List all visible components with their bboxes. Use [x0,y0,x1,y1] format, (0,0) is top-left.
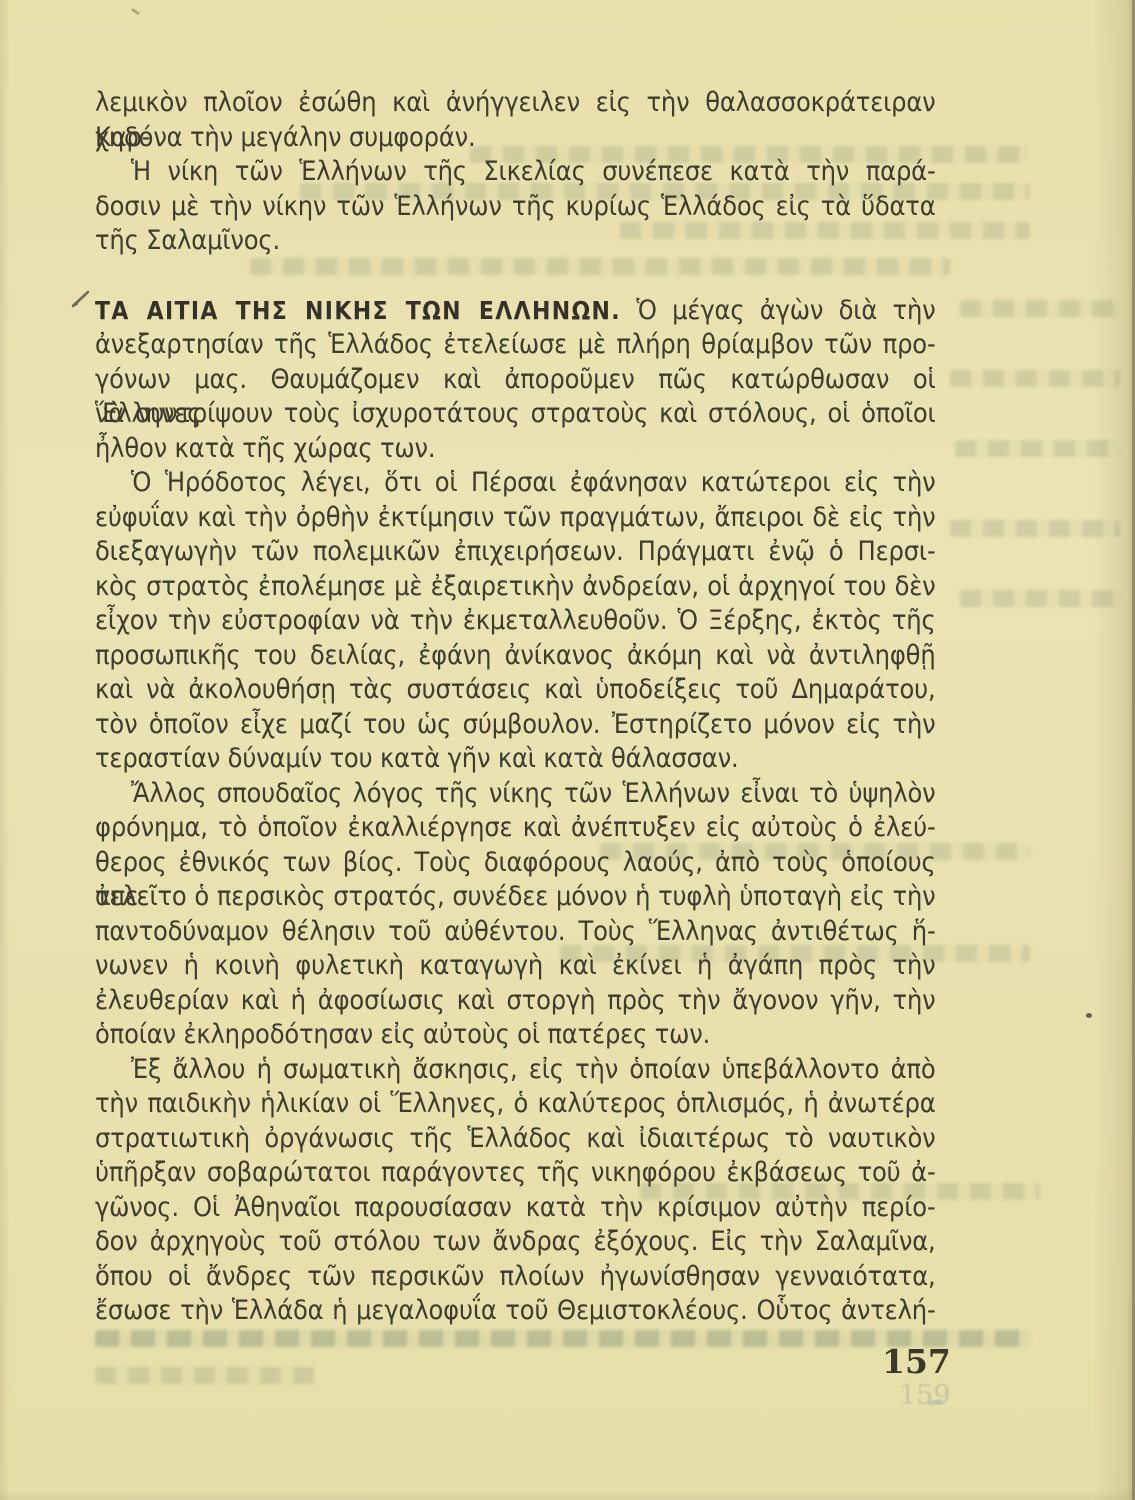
text-line: ἔσωσε τὴν Ἑλλάδα ἡ μεγαλοφυΐα τοῦ Θεμιστ… [95,1294,936,1329]
text-line: ὅπου οἱ ἄνδρες τῶν περσικῶν πλοίων ἠγωνί… [95,1260,936,1295]
text-line: νωνεν ἡ κοινὴ φυλετικὴ καταγωγὴ καὶ ἐκίν… [95,949,936,984]
text-line: καὶ νὰ ἀκολουθήσῃ τὰς συστάσεις καὶ ὑποδ… [95,673,936,708]
text-line: γόνων μας. Θαυμάζομεν καὶ ἀποροῦμεν πῶς … [95,363,936,398]
text-line: διεξαγωγὴν τῶν πολεμικῶν ἐπιχειρήσεων. Π… [95,535,936,570]
text-line: Ὁ Ἡρόδοτος λέγει, ὅτι οἱ Πέρσαι ἐφάνησαν… [95,466,936,501]
text-line: στρατιωτικὴ ὀργάνωσις τῆς Ἑλλάδος καὶ ἰδ… [95,1122,936,1157]
page-right-edge-shading [1093,0,1135,1500]
text-line: θερος ἐθνικός των βίος. Τοὺς διαφόρους λ… [95,846,936,881]
ink-speck [1086,1013,1092,1018]
text-line: τελεῖτο ὁ περσικὸς στρατός, συνέδεε μόνο… [95,880,936,915]
text-line: προσωπικῆς του δειλίας, ἐφάνη ἀνίκανος ἀ… [95,639,936,674]
bleedthrough-stripe [960,300,1120,317]
text-line: ἦλθον κατὰ τῆς χώρας των. [95,432,936,467]
scanned-book-page: λεμικὸν πλοῖον ἐσώθη καὶ ἀνήγγειλεν εἰς … [0,0,1135,1500]
bleedthrough-page-number: 159 [899,1380,951,1411]
text-line: Ἐξ ἄλλου ἡ σωματικὴ ἄσκησις, εἰς τὴν ὁπο… [95,1053,936,1088]
text-line: τεραστίαν δύναμίν του κατὰ γῆν καὶ κατὰ … [95,742,936,777]
paragraph-high-morale: Ἄλλος σπουδαῖος λόγος τῆς νίκης τῶν Ἑλλή… [95,777,936,1053]
text-line: τῆς Σαλαμῖνος. [95,224,936,259]
text-line: ἐλευθερίαν καὶ ἡ ἀφοσίωσις καὶ στοργὴ πρ… [95,984,936,1019]
text-line: τὸν ὁποῖον εἶχε μαζί του ὡς σύμβουλον. Ἐ… [95,708,936,743]
paragraph-herodotus: Ὁ Ἡρόδοτος λέγει, ὅτι οἱ Πέρσαι ἐφάνησαν… [95,466,936,777]
text-line: Ἄλλος σπουδαῖος λόγος τῆς νίκης τῶν Ἑλλή… [95,777,936,812]
bleedthrough-stripe [960,590,1120,607]
text-line: ὁποίαν ἐκληροδότησαν εἰς αὐτοὺς οἱ πατέρ… [95,1018,936,1053]
text-line: τὴν παιδικὴν ἡλικίαν οἱ Ἕλληνες, ὁ καλύτ… [95,1087,936,1122]
text-line: δον ἀρχηγοὺς τοῦ στόλου των ἄνδρας ἐξόχο… [95,1225,936,1260]
paper-fiber-speck [131,8,140,15]
paragraph-training-themistocles: Ἐξ ἄλλου ἡ σωματικὴ ἄσκησις, εἰς τὴν ὁπο… [95,1053,936,1329]
text-line: λεμικὸν πλοῖον ἐσώθη καὶ ἀνήγγειλεν εἰς … [95,86,936,121]
paragraph-continuation: λεμικὸν πλοῖον ἐσώθη καὶ ἀνήγγειλεν εἰς … [95,86,936,155]
text-line: δοσιν μὲ τὴν νίκην τῶν Ἑλλήνων τῆς κυρίω… [95,190,936,225]
bleedthrough-stripe [955,440,1120,457]
text-line: χηδόνα τὴν μεγάλην συμφοράν. [95,121,936,156]
text-line: ἀνεξαρτησίαν τῆς Ἑλλάδος ἐτελείωσε μὲ πλ… [95,328,936,363]
bleedthrough-stripe [950,520,1120,537]
bleedthrough-stripe [95,1367,315,1384]
page-left-edge-shading [0,0,10,1500]
section-causes-of-greek-victory: ΤΑ ΑΙΤΙΑ ΤΗΣ ΝΙΚΗΣ ΤΩΝ ΕΛΛΗΝΩΝ. Ὁ μέγας … [95,294,936,467]
page-bottom-edge-shading [0,1490,1135,1500]
text-line: Ἡ νίκη τῶν Ἑλλήνων τῆς Σικελίας συνέπεσε… [95,155,936,190]
page-text-block: λεμικὸν πλοῖον ἐσώθη καὶ ἀνήγγειλεν εἰς … [95,86,936,1329]
margin-checkmark-icon [70,288,94,310]
text-line: νὰ συντρίψουν τοὺς ἰσχυροτάτους στρατοὺς… [95,397,936,432]
text-line: εὐφυΐαν καὶ τὴν ὀρθὴν ἐκτίμησιν τῶν πραγ… [95,501,936,536]
section-heading: ΤΑ ΑΙΤΙΑ ΤΗΣ ΝΙΚΗΣ ΤΩΝ ΕΛΛΗΝΩΝ. [95,296,621,325]
text-line: κὸς στρατὸς ἐπολέμησε μὲ ἐξαιρετικὴν ἀνδ… [95,570,936,605]
text-line: εἶχον τὴν εὐστροφίαν νὰ τὴν ἐκμεταλλευθο… [95,604,936,639]
text-line: φρόνημα, τὸ ὁποῖον ἐκαλλιέργησε καὶ ἀνέπ… [95,811,936,846]
text-line: γῶνος. Οἱ Ἀθηναῖοι παρουσίασαν κατὰ τὴν … [95,1191,936,1226]
bleedthrough-stripe [950,370,1120,387]
page-number: 157 [882,1342,951,1381]
paragraph-sicily-victory: Ἡ νίκη τῶν Ἑλλήνων τῆς Σικελίας συνέπεσε… [95,155,936,259]
text-line: ὑπῆρξαν σοβαρώτατοι παράγοντες τῆς νικηφ… [95,1156,936,1191]
text-line: ΤΑ ΑΙΤΙΑ ΤΗΣ ΝΙΚΗΣ ΤΩΝ ΕΛΛΗΝΩΝ. Ὁ μέγας … [95,294,936,329]
text-line: παντοδύναμον θέλησιν τοῦ αὐθέντου. Τοὺς … [95,915,936,950]
